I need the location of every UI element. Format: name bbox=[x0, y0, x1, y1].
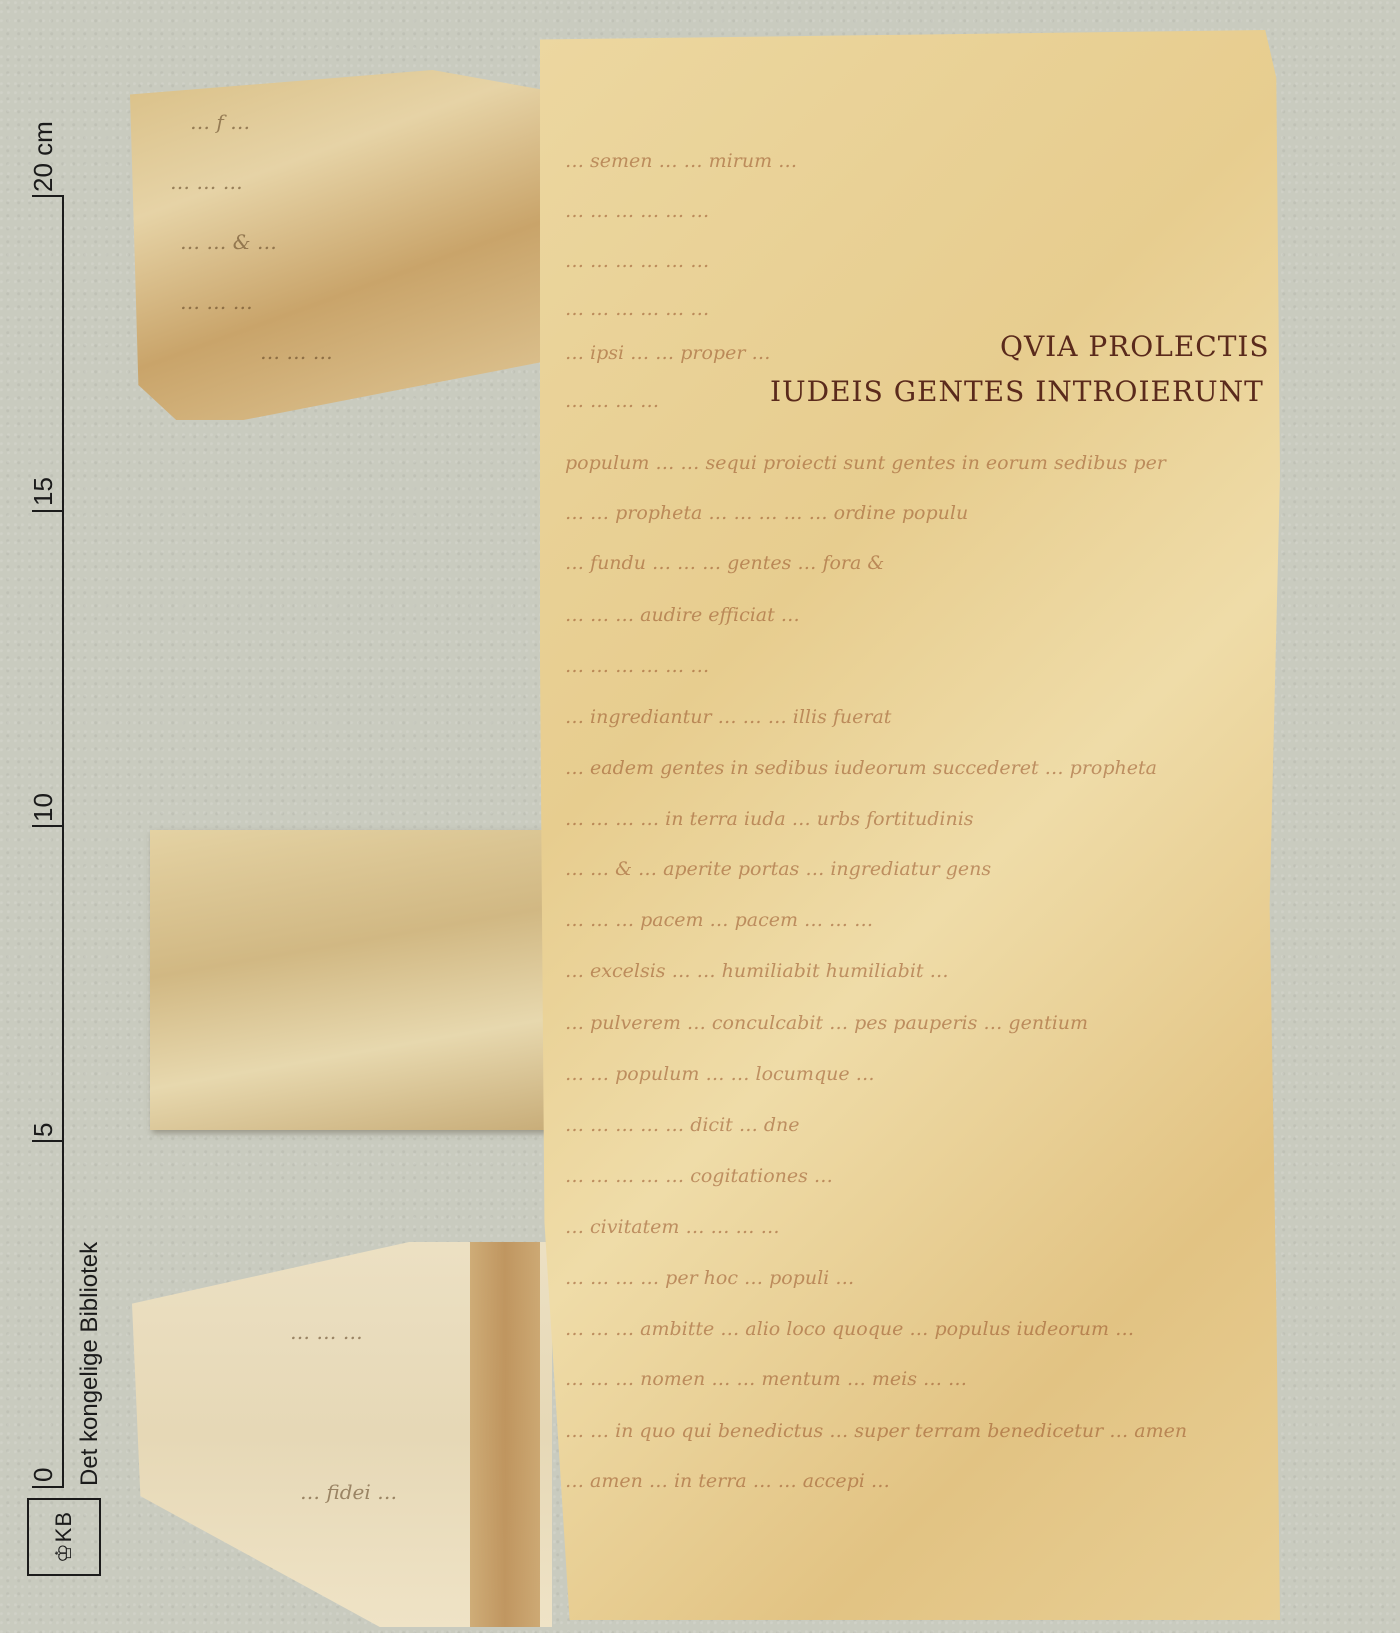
scrap-top-line: … … … bbox=[260, 340, 333, 364]
logo-text: KB bbox=[51, 1511, 76, 1542]
parchment-scrap-middle bbox=[150, 830, 550, 1130]
ruler-label-10: 10 bbox=[28, 793, 59, 822]
scale-ruler: 20 cm 15 10 5 0 Det kongelige Bibliotek … bbox=[0, 0, 120, 1633]
scrap-top-line: … … & … bbox=[180, 230, 277, 254]
manuscript-line: … fundu … … … gentes … fora & bbox=[565, 552, 1255, 578]
manuscript-line: … excelsis … … humiliabit humiliabit … bbox=[565, 960, 1255, 986]
scrap-bottom-line: … fidei … bbox=[300, 1480, 397, 1504]
rubric-line-1: QVIA PROLECTIS bbox=[1000, 330, 1270, 363]
ruler-tick-0 bbox=[32, 1486, 64, 1488]
library-name: Det kongelige Bibliotek bbox=[76, 1242, 104, 1486]
manuscript-line: … … … audire efficiat … bbox=[565, 604, 1255, 630]
manuscript-line: … semen … … mirum … bbox=[565, 150, 1255, 176]
manuscript-line: … … in quo qui benedictus … super terram… bbox=[565, 1420, 1255, 1446]
manuscript-line: … ingrediantur … … … illis fuerat bbox=[565, 706, 1255, 732]
manuscript-line: … … … … … cogitationes … bbox=[565, 1165, 1255, 1191]
ruler-tick-20 bbox=[32, 195, 64, 197]
manuscript-line: … … … … in terra iuda … urbs fortitudini… bbox=[565, 808, 1255, 834]
binding-strip bbox=[470, 1242, 540, 1627]
manuscript-line: … … … … … … bbox=[565, 200, 1255, 226]
manuscript-line: … eadem gentes in sedibus iudeorum succe… bbox=[565, 757, 1255, 783]
ruler-label-5: 5 bbox=[28, 1123, 59, 1137]
manuscript-line: … … … … … … bbox=[565, 655, 1255, 681]
manuscript-line: … … … … … … bbox=[565, 298, 1255, 324]
ruler-label-15: 15 bbox=[28, 477, 59, 506]
scrap-top-line: … … … bbox=[170, 170, 243, 194]
manuscript-line: … … … pacem … pacem … … … bbox=[565, 909, 1255, 935]
manuscript-line: … amen … in terra … … accepi … bbox=[565, 1470, 1255, 1496]
scrap-top-line: … … … bbox=[180, 290, 253, 314]
manuscript-line: populum … … sequi proiecti sunt gentes i… bbox=[565, 452, 1255, 478]
ruler-tick-10 bbox=[32, 825, 64, 827]
library-logo: ♔KB bbox=[27, 1498, 101, 1576]
ruler-line bbox=[62, 195, 64, 1488]
ruler-label-20: 20 cm bbox=[28, 121, 59, 192]
manuscript-line: … … propheta … … … … … ordine populu bbox=[565, 502, 1255, 528]
ruler-tick-15 bbox=[32, 510, 64, 512]
ruler-tick-5 bbox=[32, 1140, 64, 1142]
manuscript-line: … ipsi … … proper … bbox=[565, 342, 985, 368]
manuscript-line: … … … nomen … … mentum … meis … … bbox=[565, 1368, 1255, 1394]
manuscript-line: … … & … aperite portas … ingrediatur gen… bbox=[565, 858, 1255, 884]
scrap-top-line: … f … bbox=[190, 110, 250, 134]
rubric-line-2: IUDEIS GENTES INTROIERUNT bbox=[770, 375, 1264, 408]
manuscript-line: … … … … per hoc … populi … bbox=[565, 1267, 1255, 1293]
crown-icon: ♔KB bbox=[51, 1511, 77, 1563]
manuscript-line: … … … ambitte … alio loco quoque … popul… bbox=[565, 1318, 1255, 1344]
manuscript-line: … civitatem … … … … bbox=[565, 1216, 1255, 1242]
manuscript-line: … … populum … … locumque … bbox=[565, 1063, 1255, 1089]
manuscript-line: … … … … bbox=[565, 390, 765, 416]
scrap-bottom-line: … … … bbox=[290, 1320, 363, 1344]
manuscript-line: … … … … … dicit … dne bbox=[565, 1114, 1255, 1140]
ruler-label-0: 0 bbox=[28, 1468, 59, 1482]
manuscript-line: … … … … … … bbox=[565, 250, 1255, 276]
manuscript-line: … pulverem … conculcabit … pes pauperis … bbox=[565, 1012, 1255, 1038]
